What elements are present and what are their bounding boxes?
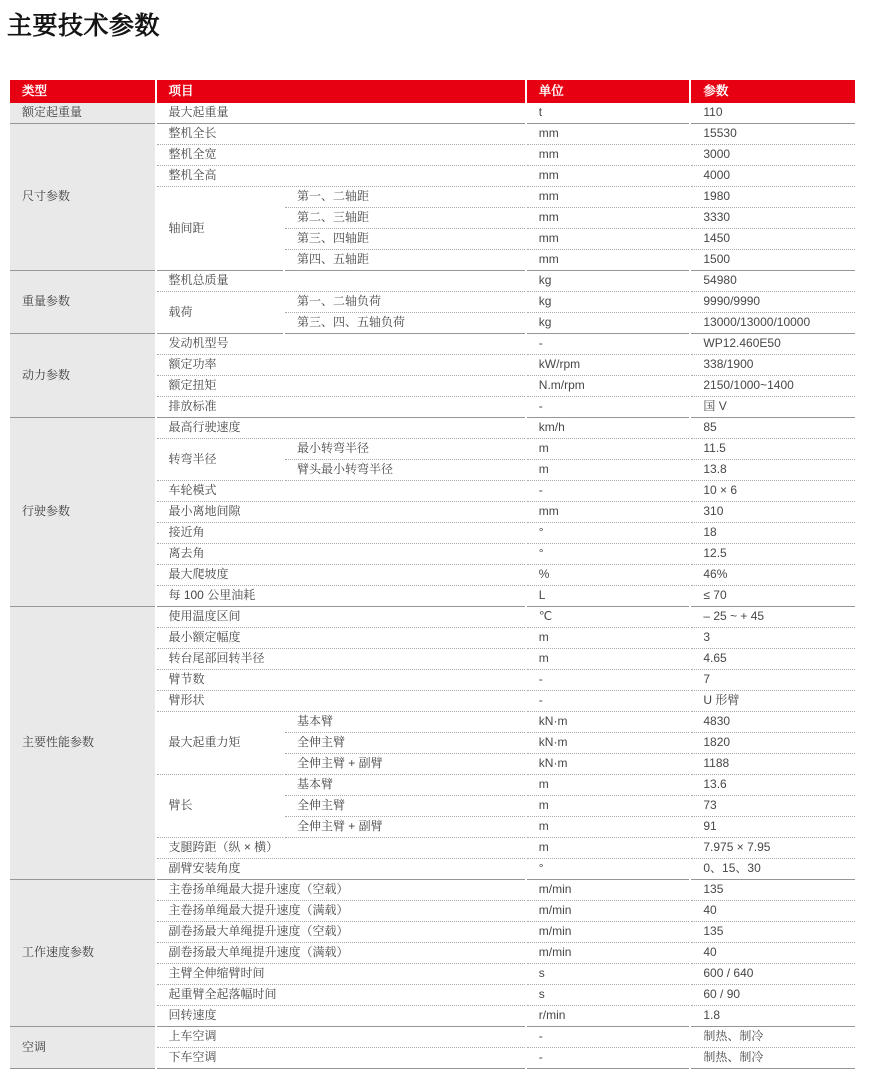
item-cell: 支腿跨距（纵 × 横） — [157, 838, 525, 859]
sub-item-cell: 全伸主臂 — [285, 733, 525, 754]
type-cell: 行驶参数 — [10, 418, 155, 607]
item-cell: 起重臂全起落幅时间 — [157, 985, 525, 1006]
unit-cell: mm — [527, 166, 690, 187]
value-cell: 1820 — [691, 733, 855, 754]
table-row: 工作速度参数主卷扬单绳最大提升速度（空载）m/min135 — [10, 880, 855, 901]
type-cell: 额定起重量 — [10, 103, 155, 124]
item-cell: 最小离地间隙 — [157, 502, 525, 523]
value-cell: 9990/9990 — [691, 292, 855, 313]
unit-cell: kN·m — [527, 733, 690, 754]
col-header-unit: 单位 — [527, 80, 690, 103]
value-cell: 46% — [691, 565, 855, 586]
unit-cell: t — [527, 103, 690, 124]
unit-cell: m/min — [527, 880, 690, 901]
item-cell: 整机全长 — [157, 124, 525, 145]
value-cell: 1450 — [691, 229, 855, 250]
item-cell: 主卷扬单绳最大提升速度（空载） — [157, 880, 525, 901]
item-cell: 最大爬坡度 — [157, 565, 525, 586]
item-cell: 副卷扬最大单绳提升速度（空载） — [157, 922, 525, 943]
item-cell: 主臂全伸缩臂时间 — [157, 964, 525, 985]
value-cell: 4.65 — [691, 649, 855, 670]
value-cell: 3000 — [691, 145, 855, 166]
value-cell: 1188 — [691, 754, 855, 775]
spec-table: 类型 项目 单位 参数 额定起重量最大起重量t110尺寸参数整机全长mm1553… — [8, 80, 857, 1069]
unit-cell: s — [527, 964, 690, 985]
unit-cell: kN·m — [527, 754, 690, 775]
value-cell: 135 — [691, 922, 855, 943]
unit-cell: m/min — [527, 943, 690, 964]
table-row: 行驶参数最高行驶速度km/h85 — [10, 418, 855, 439]
item-cell: 最高行驶速度 — [157, 418, 525, 439]
value-cell: 国 V — [691, 397, 855, 418]
value-cell: 135 — [691, 880, 855, 901]
sub-item-cell: 最小转弯半径 — [285, 439, 525, 460]
item-cell: 离去角 — [157, 544, 525, 565]
item-cell: 回转速度 — [157, 1006, 525, 1027]
unit-cell: kg — [527, 292, 690, 313]
type-cell: 工作速度参数 — [10, 880, 155, 1027]
value-cell: WP12.460E50 — [691, 334, 855, 355]
header-row: 类型 项目 单位 参数 — [10, 80, 855, 103]
unit-cell: ° — [527, 544, 690, 565]
sub-item-cell: 第三、四轴距 — [285, 229, 525, 250]
value-cell: 338/1900 — [691, 355, 855, 376]
item-cell: 额定扭矩 — [157, 376, 525, 397]
table-row: 主要性能参数使用温度区间℃– 25 ~ + 45 — [10, 607, 855, 628]
item-cell: 上车空调 — [157, 1027, 525, 1048]
unit-cell: m — [527, 628, 690, 649]
item-parent-cell: 转弯半径 — [157, 439, 283, 481]
sub-item-cell: 第三、四、五轴负荷 — [285, 313, 525, 334]
unit-cell: - — [527, 481, 690, 502]
item-parent-cell: 最大起重力矩 — [157, 712, 283, 775]
value-cell: 310 — [691, 502, 855, 523]
value-cell: 600 / 640 — [691, 964, 855, 985]
value-cell: 18 — [691, 523, 855, 544]
value-cell: 13.6 — [691, 775, 855, 796]
unit-cell: m — [527, 460, 690, 481]
unit-cell: m/min — [527, 901, 690, 922]
value-cell: 11.5 — [691, 439, 855, 460]
item-cell: 臂节数 — [157, 670, 525, 691]
unit-cell: kN·m — [527, 712, 690, 733]
unit-cell: m — [527, 817, 690, 838]
item-cell: 额定功率 — [157, 355, 525, 376]
table-row: 重量参数整机总质量kg54980 — [10, 271, 855, 292]
item-parent-cell: 臂长 — [157, 775, 283, 838]
spec-table-body: 额定起重量最大起重量t110尺寸参数整机全长mm15530整机全宽mm3000整… — [10, 103, 855, 1069]
unit-cell: s — [527, 985, 690, 1006]
item-cell: 整机全高 — [157, 166, 525, 187]
unit-cell: mm — [527, 229, 690, 250]
value-cell: 3 — [691, 628, 855, 649]
unit-cell: % — [527, 565, 690, 586]
sub-item-cell: 第四、五轴距 — [285, 250, 525, 271]
value-cell: 54980 — [691, 271, 855, 292]
value-cell: 4830 — [691, 712, 855, 733]
item-cell: 整机全宽 — [157, 145, 525, 166]
type-cell: 动力参数 — [10, 334, 155, 418]
value-cell: 13000/13000/10000 — [691, 313, 855, 334]
unit-cell: mm — [527, 145, 690, 166]
value-cell: 60 / 90 — [691, 985, 855, 1006]
unit-cell: ° — [527, 523, 690, 544]
value-cell: 10 × 6 — [691, 481, 855, 502]
type-cell: 重量参数 — [10, 271, 155, 334]
unit-cell: m — [527, 796, 690, 817]
item-cell: 使用温度区间 — [157, 607, 525, 628]
type-cell: 尺寸参数 — [10, 124, 155, 271]
value-cell: 110 — [691, 103, 855, 124]
value-cell: 2150/1000~1400 — [691, 376, 855, 397]
unit-cell: - — [527, 670, 690, 691]
item-cell: 接近角 — [157, 523, 525, 544]
page-title: 主要技术参数 — [7, 6, 160, 42]
unit-cell: mm — [527, 208, 690, 229]
value-cell: 40 — [691, 943, 855, 964]
unit-cell: - — [527, 1048, 690, 1069]
table-row: 额定起重量最大起重量t110 — [10, 103, 855, 124]
value-cell: 85 — [691, 418, 855, 439]
unit-cell: L — [527, 586, 690, 607]
value-cell: U 形臂 — [691, 691, 855, 712]
item-cell: 转台尾部回转半径 — [157, 649, 525, 670]
sub-item-cell: 第二、三轴距 — [285, 208, 525, 229]
sub-item-cell: 第一、二轴距 — [285, 187, 525, 208]
value-cell: 12.5 — [691, 544, 855, 565]
type-cell: 空调 — [10, 1027, 155, 1069]
col-header-type: 类型 — [10, 80, 155, 103]
unit-cell: - — [527, 691, 690, 712]
value-cell: 制热、制冷 — [691, 1048, 855, 1069]
item-cell: 副臂安装角度 — [157, 859, 525, 880]
item-cell: 发动机型号 — [157, 334, 525, 355]
item-cell: 每 100 公里油耗 — [157, 586, 525, 607]
unit-cell: mm — [527, 124, 690, 145]
sub-item-cell: 全伸主臂 + 副臂 — [285, 754, 525, 775]
item-parent-cell: 轴间距 — [157, 187, 283, 271]
unit-cell: N.m/rpm — [527, 376, 690, 397]
value-cell: 1980 — [691, 187, 855, 208]
value-cell: 4000 — [691, 166, 855, 187]
unit-cell: m — [527, 775, 690, 796]
value-cell: ≤ 70 — [691, 586, 855, 607]
unit-cell: mm — [527, 502, 690, 523]
unit-cell: ° — [527, 859, 690, 880]
sub-item-cell: 基本臂 — [285, 775, 525, 796]
type-cell: 主要性能参数 — [10, 607, 155, 880]
col-header-item: 项目 — [157, 80, 525, 103]
sub-item-cell: 基本臂 — [285, 712, 525, 733]
item-cell: 最小额定幅度 — [157, 628, 525, 649]
unit-cell: kg — [527, 313, 690, 334]
value-cell: 15530 — [691, 124, 855, 145]
unit-cell: - — [527, 397, 690, 418]
sub-item-cell: 第一、二轴负荷 — [285, 292, 525, 313]
unit-cell: kg — [527, 271, 690, 292]
item-cell: 整机总质量 — [157, 271, 525, 292]
value-cell: 7.975 × 7.95 — [691, 838, 855, 859]
value-cell: 40 — [691, 901, 855, 922]
unit-cell: r/min — [527, 1006, 690, 1027]
item-cell: 下车空调 — [157, 1048, 525, 1069]
unit-cell: m — [527, 649, 690, 670]
unit-cell: - — [527, 1027, 690, 1048]
value-cell: 1500 — [691, 250, 855, 271]
item-cell: 副卷扬最大单绳提升速度（满载） — [157, 943, 525, 964]
unit-cell: ℃ — [527, 607, 690, 628]
unit-cell: m — [527, 838, 690, 859]
unit-cell: mm — [527, 187, 690, 208]
table-row: 动力参数发动机型号-WP12.460E50 — [10, 334, 855, 355]
unit-cell: - — [527, 334, 690, 355]
unit-cell: km/h — [527, 418, 690, 439]
item-cell: 最大起重量 — [157, 103, 525, 124]
item-cell: 车轮模式 — [157, 481, 525, 502]
unit-cell: m — [527, 439, 690, 460]
item-parent-cell: 载荷 — [157, 292, 283, 334]
value-cell: 1.8 — [691, 1006, 855, 1027]
sub-item-cell: 臂头最小转弯半径 — [285, 460, 525, 481]
sub-item-cell: 全伸主臂 — [285, 796, 525, 817]
value-cell: 0、15、30 — [691, 859, 855, 880]
unit-cell: kW/rpm — [527, 355, 690, 376]
value-cell: 7 — [691, 670, 855, 691]
value-cell: 91 — [691, 817, 855, 838]
value-cell: 制热、制冷 — [691, 1027, 855, 1048]
table-row: 尺寸参数整机全长mm15530 — [10, 124, 855, 145]
item-cell: 主卷扬单绳最大提升速度（满载） — [157, 901, 525, 922]
sub-item-cell: 全伸主臂 + 副臂 — [285, 817, 525, 838]
unit-cell: m/min — [527, 922, 690, 943]
item-cell: 排放标准 — [157, 397, 525, 418]
value-cell: 13.8 — [691, 460, 855, 481]
col-header-value: 参数 — [691, 80, 855, 103]
value-cell: – 25 ~ + 45 — [691, 607, 855, 628]
item-cell: 臂形状 — [157, 691, 525, 712]
spec-table-header: 类型 项目 单位 参数 — [10, 80, 855, 103]
value-cell: 73 — [691, 796, 855, 817]
value-cell: 3330 — [691, 208, 855, 229]
unit-cell: mm — [527, 250, 690, 271]
table-row: 空调上车空调-制热、制冷 — [10, 1027, 855, 1048]
